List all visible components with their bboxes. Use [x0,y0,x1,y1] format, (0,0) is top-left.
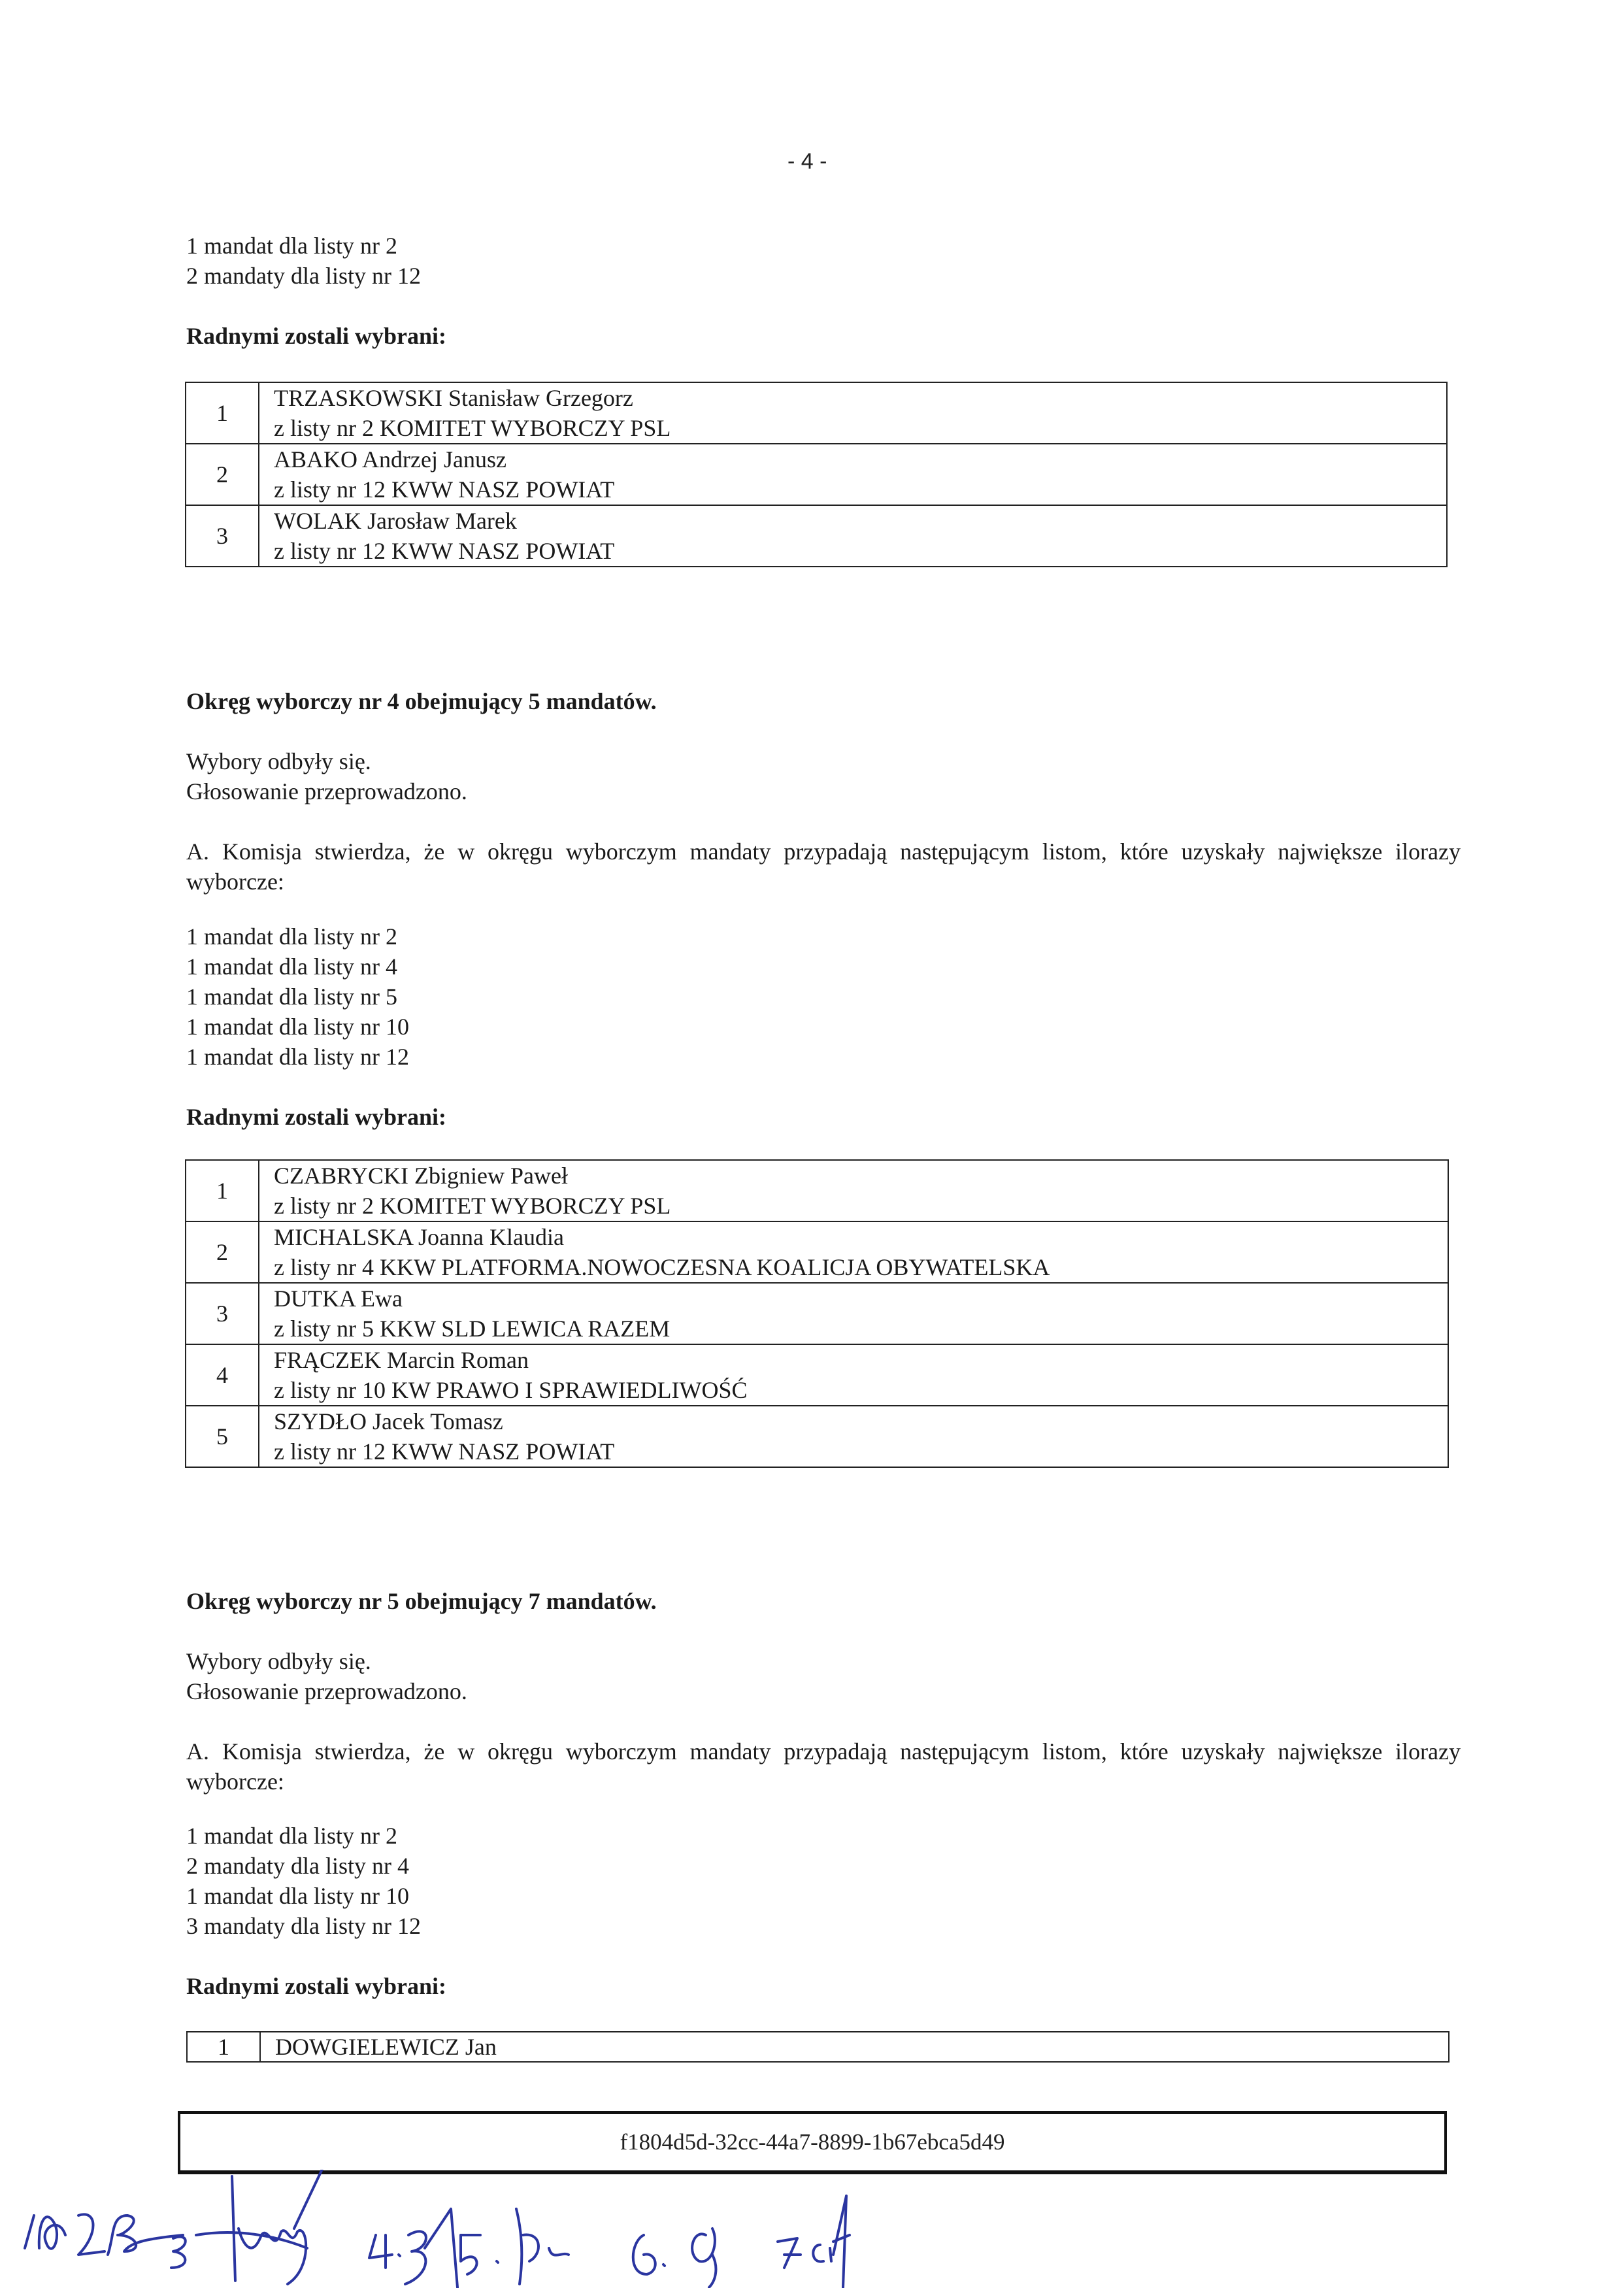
candidate-cell: ABAKO Andrzej Januszz listy nr 12 KWW NA… [259,444,1447,505]
candidate-cell: CZABRYCKI Zbigniew Pawełz listy nr 2 KOM… [259,1160,1448,1221]
row-number: 2 [186,444,259,505]
document-id: f1804d5d-32cc-44a7-8899-1b67ebca5d49 [620,2129,1005,2155]
election-status: Wybory odbyły się. [186,746,371,776]
table-row: 4 FRĄCZEK Marcin Romanz listy nr 10 KW P… [186,1344,1448,1406]
commission-statement: A. Komisja stwierdza, że w okręgu wyborc… [186,1736,1461,1797]
allocation-line: 3 mandaty dla listy nr 12 [186,1911,421,1941]
candidate-name: CZABRYCKI Zbigniew Paweł [274,1161,1448,1191]
allocation-line: 1 mandat dla listy nr 10 [186,1881,409,1911]
signature-6-icon [633,2229,716,2287]
candidate-cell: FRĄCZEK Marcin Romanz listy nr 10 KW PRA… [259,1344,1448,1406]
table-row: 2 MICHALSKA Joanna Klaudiaz listy nr 4 K… [186,1221,1448,1283]
candidate-list: z listy nr 12 KWW NASZ POWIAT [274,1436,1448,1467]
elected-heading: Radnymi zostali wybrani: [186,321,446,351]
voting-status: Głosowanie przeprowadzono. [186,776,467,806]
candidate-list: z listy nr 12 KWW NASZ POWIAT [274,474,1446,505]
voting-status: Głosowanie przeprowadzono. [186,1676,467,1706]
candidate-list: z listy nr 2 KOMITET WYBORCZY PSL [274,413,1446,443]
election-status: Wybory odbyły się. [186,1646,371,1676]
allocation-line: 1 mandat dla listy nr 2 [186,1821,397,1851]
table-row: 1 CZABRYCKI Zbigniew Pawełz listy nr 2 K… [186,1160,1448,1221]
signature-1-icon [25,2215,65,2249]
allocation-line: 1 mandat dla listy nr 2 [186,231,397,261]
district-heading: Okręg wyborczy nr 4 obejmujący 5 mandató… [186,686,657,716]
page-number: - 4 - [787,149,827,174]
allocation-line: 2 mandaty dla listy nr 4 [186,1851,409,1881]
signature-4-icon [369,2209,457,2287]
candidate-name: DUTKA Ewa [274,1284,1448,1314]
table-row: 1 DOWGIELEWICZ Jan [187,2032,1449,2062]
candidate-list: z listy nr 4 KKW PLATFORMA.NOWOCZESNA KO… [274,1252,1448,1282]
row-number: 2 [186,1221,259,1283]
candidate-name: DOWGIELEWICZ Jan [260,2032,1449,2062]
table-row: 2 ABAKO Andrzej Januszz listy nr 12 KWW … [186,444,1447,505]
row-number: 3 [186,505,259,567]
elected-table: 1 TRZASKOWSKI Stanisław Grzegorzz listy … [185,382,1448,567]
district-heading: Okręg wyborczy nr 5 obejmujący 7 mandató… [186,1586,657,1616]
candidate-cell: WOLAK Jarosław Marekz listy nr 12 KWW NA… [259,505,1447,567]
candidate-list: z listy nr 5 KKW SLD LEWICA RAZEM [274,1314,1448,1344]
document-id-box: f1804d5d-32cc-44a7-8899-1b67ebca5d49 [178,2111,1447,2174]
candidate-cell: TRZASKOWSKI Stanisław Grzegorzz listy nr… [259,382,1447,444]
candidate-list: z listy nr 10 KW PRAWO I SPRAWIEDLIWOŚĆ [274,1375,1448,1405]
candidate-list: z listy nr 12 KWW NASZ POWIAT [274,536,1446,566]
commission-statement: A. Komisja stwierdza, że w okręgu wyborc… [186,837,1461,897]
candidate-name: SZYDŁO Jacek Tomasz [274,1406,1448,1436]
table-row: 3 DUTKA Ewaz listy nr 5 KKW SLD LEWICA R… [186,1283,1448,1344]
elected-heading: Radnymi zostali wybrani: [186,1102,446,1132]
candidate-name: FRĄCZEK Marcin Roman [274,1345,1448,1375]
elected-table: 1 CZABRYCKI Zbigniew Pawełz listy nr 2 K… [185,1159,1449,1468]
table-row: 5 SZYDŁO Jacek Tomaszz listy nr 12 KWW N… [186,1406,1448,1467]
row-number: 5 [186,1406,259,1467]
allocation-line: 1 mandat dla listy nr 4 [186,952,397,982]
elected-heading: Radnymi zostali wybrani: [186,1971,446,2001]
signature-5-icon [461,2209,569,2284]
signature-2-icon [78,2214,183,2255]
allocation-line: 1 mandat dla listy nr 10 [186,1012,409,1042]
allocation-line: 2 mandaty dla listy nr 12 [186,261,421,291]
row-number: 1 [187,2032,260,2062]
candidate-name: TRZASKOWSKI Stanisław Grzegorz [274,383,1446,413]
signature-7-icon [778,2196,850,2287]
candidate-name: ABAKO Andrzej Janusz [274,444,1446,474]
signature-3-icon [171,2170,323,2284]
allocation-line: 1 mandat dla listy nr 5 [186,982,397,1012]
allocation-line: 1 mandat dla listy nr 12 [186,1042,409,1072]
candidate-cell: SZYDŁO Jacek Tomaszz listy nr 12 KWW NAS… [259,1406,1448,1467]
elected-table: 1 DOWGIELEWICZ Jan [186,2031,1450,2063]
candidate-name: MICHALSKA Joanna Klaudia [274,1222,1448,1252]
table-row: 1 TRZASKOWSKI Stanisław Grzegorzz listy … [186,382,1447,444]
candidate-name: WOLAK Jarosław Marek [274,506,1446,536]
row-number: 3 [186,1283,259,1344]
candidate-cell: DUTKA Ewaz listy nr 5 KKW SLD LEWICA RAZ… [259,1283,1448,1344]
row-number: 1 [186,382,259,444]
row-number: 1 [186,1160,259,1221]
candidate-list: z listy nr 2 KOMITET WYBORCZY PSL [274,1191,1448,1221]
candidate-cell: MICHALSKA Joanna Klaudiaz listy nr 4 KKW… [259,1221,1448,1283]
signatures [0,2170,1624,2288]
table-row: 3 WOLAK Jarosław Marekz listy nr 12 KWW … [186,505,1447,567]
allocation-line: 1 mandat dla listy nr 2 [186,921,397,952]
row-number: 4 [186,1344,259,1406]
